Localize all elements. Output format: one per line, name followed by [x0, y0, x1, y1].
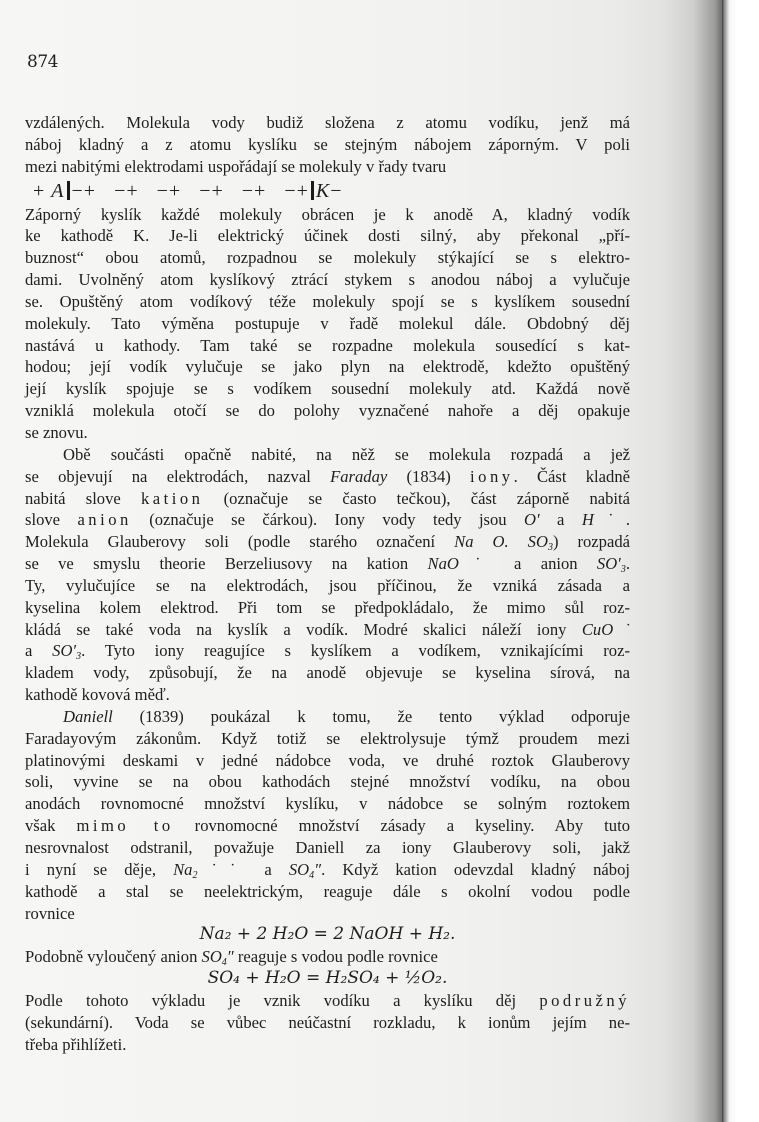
page-body: vzdálených. Molekula vody budiž složena …: [25, 112, 630, 1055]
text-span: rovnomocné množství zásady a kyseliny. A…: [174, 816, 630, 835]
text-line: soli, vyvine se na obou kathodách stejné…: [25, 771, 630, 793]
text-line: její kyslík spojuje se s vodíkem sousedn…: [25, 378, 630, 400]
text-line: Daniell (1839) poukázal k tomu, že tento…: [25, 706, 630, 728]
text-span: . Tyto iony reagujíce s kyslíkem a vodík…: [81, 641, 630, 660]
text-line: se objevují na elektrodách, nazval Farad…: [25, 466, 630, 488]
text-line: se znovu.: [25, 422, 630, 444]
text-line: nastává u kathody. Tam také se rozpadne …: [25, 335, 630, 357]
text-span: kládá se také voda na kyslík a vodík. Mo…: [25, 620, 582, 639]
text-line: Faradayovým zákonům. Když totiž se elekt…: [25, 728, 630, 750]
anode-sign: +: [33, 180, 45, 202]
dipole-pair: −+: [114, 180, 139, 202]
text-line: mezi nabitými elektrodami uspořádají se …: [25, 156, 630, 178]
text-span: .: [626, 554, 630, 573]
text-line: kyselina kolem elektrod. Při tom se před…: [25, 597, 630, 619]
text-span: (označuje se čárkou). Iony vody tedy jso…: [132, 510, 524, 529]
text-span: Podle tohoto výkladu je vznik vodíku a k…: [25, 991, 539, 1010]
chemical-formula: Na O. SO3: [454, 532, 553, 551]
text-line: kathodě a stal se neelektrickým, reaguje…: [25, 881, 630, 903]
text-line: dami. Uvolněný atom kyslíkový ztrácí sty…: [25, 269, 630, 291]
anode-electrode: [67, 181, 70, 200]
cathode-sign: −: [330, 180, 342, 202]
cathode-electrode: [311, 181, 314, 200]
text-span: reaguje s vodou podle rovnice: [234, 947, 438, 966]
text-line: se ve smyslu theorie Berzeliusovy na kat…: [25, 553, 630, 575]
spaced-term: kation: [141, 489, 203, 508]
book-binding-shadow: [722, 0, 759, 1122]
text-span: (označuje se často tečkou), část záporně…: [203, 489, 630, 508]
text-line: kladem vody, způsobují, že na anodě obje…: [25, 662, 630, 684]
ion-formula: SO4″: [202, 947, 234, 966]
text-span: a: [25, 641, 52, 660]
formula-text: Na O. SO: [454, 532, 548, 551]
text-line: vzniklá molekula otočí se do polohy vyzn…: [25, 400, 630, 422]
dipole-pair: −+: [72, 180, 97, 202]
person-name: Daniell: [63, 707, 113, 726]
dipole-pair: −+: [199, 180, 224, 202]
text-line: rovnice: [25, 903, 630, 925]
text-span: ) rozpadá: [553, 532, 630, 551]
text-span: nabitá slove: [25, 489, 141, 508]
charge-mark: ˙˙: [197, 860, 247, 879]
text-span: (1834): [387, 467, 470, 486]
equation-sulfate-water: SO₄ + H₂O = H₂SO₄ + ½O₂.: [25, 968, 630, 990]
text-span: a anion: [495, 554, 597, 573]
text-line: však mimo to rovnomocné množství zásady …: [25, 815, 630, 837]
text-line: Podobně vyloučený anion SO4″ reaguje s v…: [25, 946, 630, 968]
text-span: (1839) poukázal k tomu, že tento výklad …: [113, 707, 630, 726]
formula-text: SO′: [52, 641, 76, 660]
spaced-term: podružný: [539, 991, 630, 1010]
ion-formula: SO′3: [52, 641, 81, 660]
text-line: (sekundární). Voda se vůbec neúčastní ro…: [25, 1012, 630, 1034]
text-line: třeba přihlížeti.: [25, 1034, 630, 1056]
ion-formula: CuO˙: [582, 620, 630, 639]
text-line: molekuly. Tato výměna postupuje v řadě m…: [25, 313, 630, 335]
cathode-label: K: [316, 180, 330, 202]
molecule-series-formula: + A−+ −+ −+ −+ −+ −+K−: [25, 178, 630, 204]
ion-formula: SO′3: [597, 554, 626, 573]
text-span: slove: [25, 510, 77, 529]
ion-formula: H˙: [582, 510, 626, 529]
text-line: a SO′3. Tyto iony reagujíce s kyslíkem a…: [25, 640, 630, 662]
text-span: se objevují na elektrodách, nazval: [25, 467, 330, 486]
text-line: Obě součásti opačně nabité, na něž se mo…: [25, 444, 630, 466]
text-line: nesrovnalost odstranil, považuje Daniell…: [25, 837, 630, 859]
formula-text: SO: [202, 947, 222, 966]
formula-text: Na: [173, 860, 192, 879]
dipole-pair: −+: [284, 180, 309, 202]
text-line: vzdálených. Molekula vody budiž složena …: [25, 112, 630, 134]
text-span: Molekula Glauberovy soli (podle starého …: [25, 532, 454, 551]
ion-formula: O′: [524, 510, 540, 529]
text-line: kathodě kovová měď.: [25, 684, 630, 706]
ion-formula: NaO˙: [428, 554, 495, 573]
text-line: Ty, vylučujíce se na elektrodách, jsou p…: [25, 575, 630, 597]
formula-text: SO′: [597, 554, 621, 573]
text-line: náboj kladný a z atomu kyslíku se stejný…: [25, 134, 630, 156]
spaced-term: iony: [470, 467, 514, 486]
text-span: . Když kation odevzdal kladný náboj: [321, 860, 630, 879]
text-line: platinovými deskami v jedné nádobce voda…: [25, 750, 630, 772]
anode-label: A: [51, 180, 64, 202]
text-span: .: [626, 510, 630, 529]
text-line: buznost“ obou atomů, rozpadnou se moleku…: [25, 247, 630, 269]
formula-text: SO: [289, 860, 309, 879]
text-line: Záporný kyslík každé molekuly obrácen je…: [25, 204, 630, 226]
text-span: . Část kladně: [514, 467, 630, 486]
person-name: Faraday: [330, 467, 387, 486]
text-span: se ve smyslu theorie Berzeliusovy na kat…: [25, 554, 428, 573]
ion-formula: SO4″: [289, 860, 321, 879]
text-line: Podle tohoto výkladu je vznik vodíku a k…: [25, 990, 630, 1012]
equation-sodium-water: Na₂ + 2 H₂O = 2 NaOH + H₂.: [25, 924, 630, 946]
page-number: 874: [27, 52, 58, 72]
charge-mark: ″: [227, 947, 234, 966]
spaced-term: anion: [77, 510, 131, 529]
text-line: nabitá slove kation (označuje se často t…: [25, 488, 630, 510]
spaced-term: mimo to: [76, 816, 173, 835]
text-line: se. Opuštěný atom vodíkový téže molekuly…: [25, 291, 630, 313]
text-line: kládá se také voda na kyslík a vodík. Mo…: [25, 619, 630, 641]
text-span: však: [25, 816, 76, 835]
text-span: i nyní se děje,: [25, 860, 173, 879]
text-line: i nyní se děje, Na2˙˙ a SO4″. Když katio…: [25, 859, 630, 881]
text-line: Molekula Glauberovy soli (podle starého …: [25, 531, 630, 553]
dipole-pair: −+: [242, 180, 267, 202]
text-line: hodou; její vodík vylučuje se jako plyn …: [25, 356, 630, 378]
ion-formula: Na2˙˙: [173, 860, 247, 879]
text-line: anodách rovnomocné množství kyslíku, v n…: [25, 793, 630, 815]
dipole-pair: −+: [157, 180, 182, 202]
text-line: ke kathodě K. Je-li elektrický účinek do…: [25, 225, 630, 247]
text-span: Podobně vyloučený anion: [25, 947, 202, 966]
text-line: slove anion (označuje se čárkou). Iony v…: [25, 509, 630, 531]
text-span: a: [540, 510, 582, 529]
text-span: a: [247, 860, 289, 879]
